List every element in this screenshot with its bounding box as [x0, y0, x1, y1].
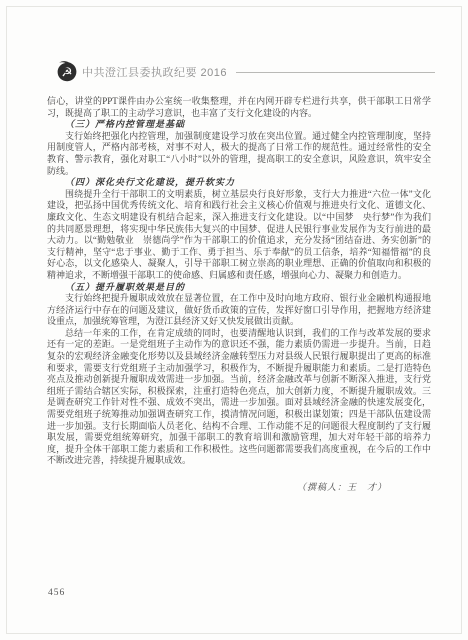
page-header: ☭ 中共澄江县委执政纪要 2016 [56, 61, 435, 82]
section-heading-5: （五）提升履职效果是目的 [47, 282, 431, 294]
body-paragraph: 总结一年来的工作，在肯定成绩的同时，也要清醒地认识到，我们的工作与改革发展的要求… [47, 328, 431, 467]
book-title: 中共澄江县委执政纪要 2016 [82, 64, 227, 80]
body-paragraph: 支行始终把强化内控管理，加强制度建设学习放在突出位置。通过健全内控管理制度，坚持… [47, 131, 431, 177]
page-body-text: 信心，讲堂的PPT课件由办公室统一收集整理，并在内网开辟专栏进行共享，供干部职工… [47, 96, 431, 494]
page-number: 456 [48, 588, 65, 598]
party-emblem-icon: ☭ [56, 61, 78, 82]
section-heading-3: （三）严格内控管理是基础 [47, 119, 431, 131]
body-paragraph-continuation: 信心，讲堂的PPT课件由办公室统一收集整理，并在内网开辟专栏进行共享，供干部职工… [47, 96, 431, 119]
body-paragraph: 围绕提升全行干部职工的文明素质，树立基层央行良好形象，支行大力推进“六位一体”文… [47, 189, 431, 282]
section-heading-4: （四）深化央行文化建设，提升软实力 [47, 177, 431, 189]
author-byline: （撰稿人：王 才） [47, 482, 431, 494]
svg-text:☭: ☭ [61, 65, 72, 80]
header-rule [236, 72, 435, 73]
document-page: ☭ 中共澄江县委执政纪要 2016 信心，讲堂的PPT课件由办公室统一收集整理，… [0, 0, 468, 640]
body-paragraph: 支行始终把提升履职成效放在显著位置，在工作中及时向地方政府、银行业金融机构通报地… [47, 293, 431, 328]
